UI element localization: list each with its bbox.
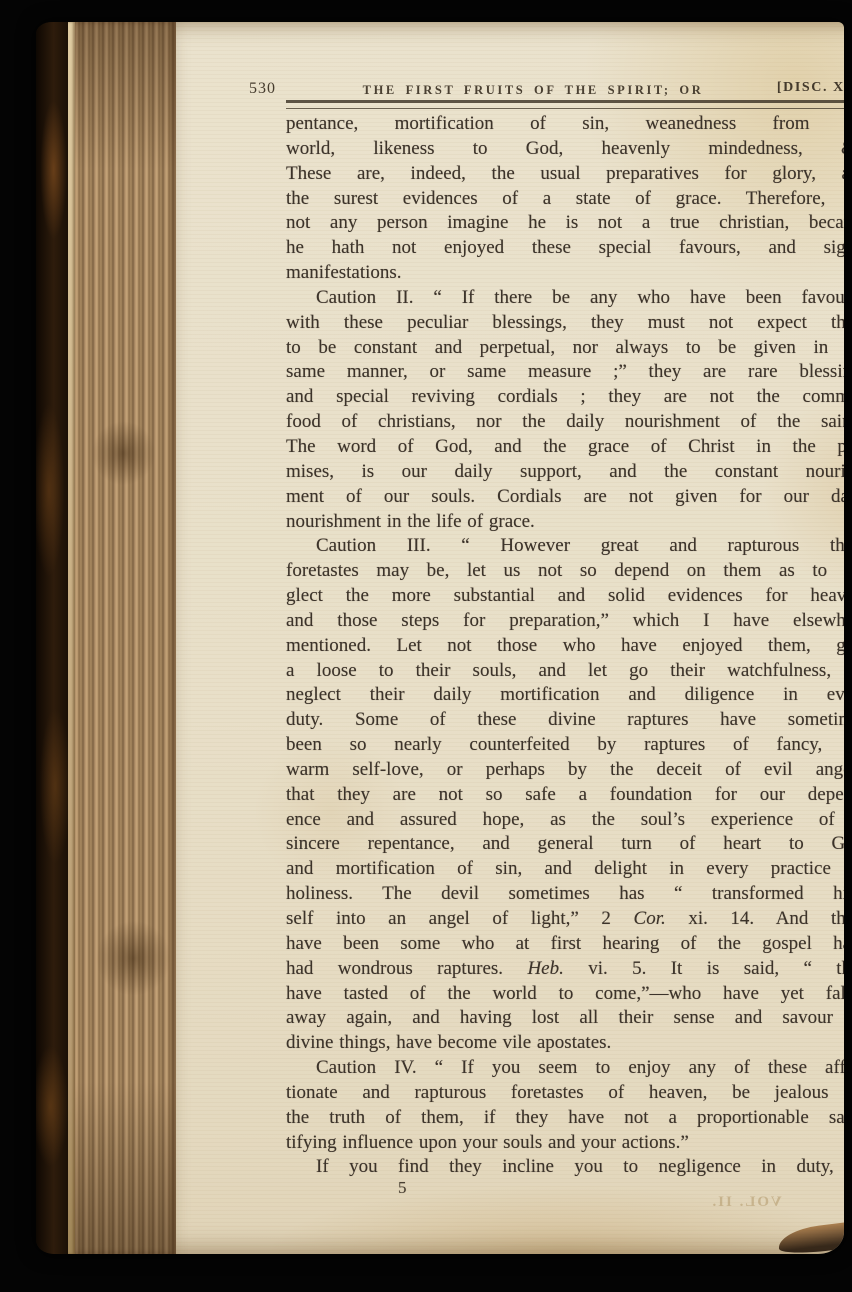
text-line: been so nearly counterfeited by raptures… [286,733,844,758]
book-page: 530 THE FIRST FRUITS OF THE SPIRIT; OR [… [176,22,844,1254]
text-line: sincere repentance, and general turn of … [286,832,844,857]
text-line: divine things, have become vile apostate… [286,1031,844,1056]
text-line: he hath not enjoyed these special favour… [286,236,844,261]
text-line: foretastes may be, let us not so depend … [286,559,844,584]
text-line: nourishment in the life of grace. [286,510,844,535]
text-line: the truth of them, if they have not a pr… [286,1106,844,1131]
text-line: glect the more substantial and solid evi… [286,584,844,609]
text-line: tifying influence upon your souls and yo… [286,1131,844,1156]
text-line: with these peculiar blessings, they must… [286,311,844,336]
text-line: holiness. The devil sometimes has “ tran… [286,882,844,907]
text-line: ence and assured hope, as the soul’s exp… [286,808,844,833]
text-line: mentioned. Let not those who have enjoye… [286,634,844,659]
text-line: food of christians, nor the daily nouris… [286,410,844,435]
book-spine-edge [36,22,68,1254]
book: 530 THE FIRST FRUITS OF THE SPIRIT; OR [… [36,22,844,1254]
text-line: pentance, mortification of sin, weanedne… [286,112,844,137]
page-fore-edge [75,22,176,1254]
text-line: to be constant and perpetual, nor always… [286,336,844,361]
page-body: pentance, mortification of sin, weanedne… [286,112,844,1180]
text-line: If you find they incline you to negligen… [286,1155,844,1180]
text-line: and mortification of sin, and delight in… [286,857,844,882]
text-line: neglect their daily mortification and di… [286,683,844,708]
text-line: ment of our souls. Cordials are not give… [286,485,844,510]
text-line: mises, is our daily support, and the con… [286,460,844,485]
text-line: not any person imagine he is not a true … [286,211,844,236]
text-line: away again, and having lost all their se… [286,1006,844,1031]
page-corner-curl [777,1217,844,1254]
text-line: and special reviving cordials ; they are… [286,385,844,410]
text-line: tionate and rapturous foretastes of heav… [286,1081,844,1106]
text-line: Caution IV. “ If you seem to enjoy any o… [286,1056,844,1081]
text-line: have tasted of the world to come,”—who h… [286,982,844,1007]
page-edge-highlight [68,22,75,1254]
text-line: world, likeness to God, heavenly mindedn… [286,137,844,162]
signature-mark: 5 [398,1178,407,1198]
text-line: warm self-love, or perhaps by the deceit… [286,758,844,783]
text-line: had wondrous raptures. Heb. vi. 5. It is… [286,957,844,982]
photo-background: 530 THE FIRST FRUITS OF THE SPIRIT; OR [… [0,0,852,1292]
running-title: THE FIRST FRUITS OF THE SPIRIT; OR [326,83,740,98]
text-line: The word of God, and the grace of Christ… [286,435,844,460]
text-line: have been some who at first hearing of t… [286,932,844,957]
discourse-label: [DISC. X. [777,80,844,96]
text-line: that they are not so safe a foundation f… [286,783,844,808]
text-line: Caution III. “ However great and rapturo… [286,534,844,559]
page-number: 530 [249,80,276,98]
text-line: and those steps for preparation,” which … [286,609,844,634]
text-line: same manner, or same measure ;” they are… [286,360,844,385]
text-line: These are, indeed, the usual preparative… [286,162,844,187]
text-line: manifestations. [286,261,844,286]
text-line: Caution II. “ If there be any who have b… [286,286,844,311]
text-line: the surest evidences of a state of grace… [286,187,844,212]
header-double-rule [286,100,844,109]
text-line: self into an angel of light,” 2 Cor. xi.… [286,907,844,932]
showthrough-text: VOL. II. [681,1194,811,1211]
text-line: a loose to their souls, and let go their… [286,659,844,684]
text-line: duty. Some of these divine raptures have… [286,708,844,733]
